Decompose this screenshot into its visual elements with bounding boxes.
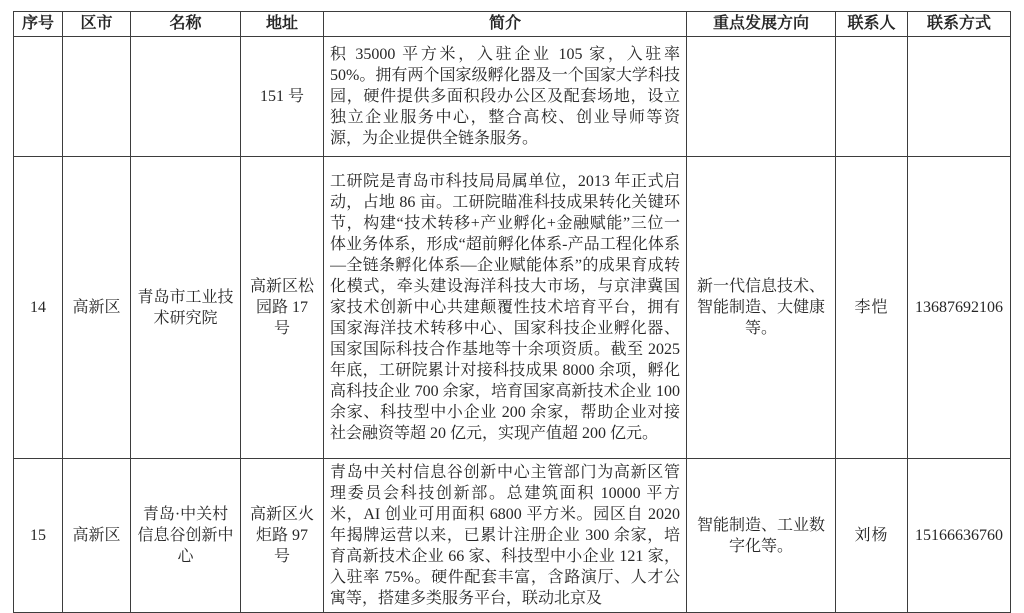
table-header-row: 序号 区市 名称 地址 简介 重点发展方向 联系人 联系方式	[14, 12, 1011, 37]
cell-name: 青岛·中关村信息谷创新中心	[131, 459, 241, 609]
cell-direction: 智能制造、工业数字化等。	[687, 459, 836, 609]
cell-intro: 积 35000 平方米，入驻企业 105 家，入驻率 50%。拥有两个国家级孵化…	[324, 37, 687, 157]
table-row-15: 15 高新区 青岛·中关村信息谷创新中心 高新区火炬路 97 号 青岛中关村信息…	[14, 459, 1011, 609]
column-header-name: 名称	[131, 12, 241, 37]
cell-district	[63, 37, 131, 157]
column-header-contact: 联系人	[836, 12, 908, 37]
intro-text: 青岛中关村信息谷创新中心主管部门为高新区管理委员会科技创新部。总建筑面积 100…	[330, 462, 680, 608]
cell-intro: 青岛中关村信息谷创新中心主管部门为高新区管理委员会科技创新部。总建筑面积 100…	[324, 459, 687, 609]
cell-contact	[836, 37, 908, 157]
cell-contact: 刘杨	[836, 459, 908, 609]
cell-name: 青岛市工业技术研究院	[131, 157, 241, 459]
table-row-continuation: 151 号 积 35000 平方米，入驻企业 105 家，入驻率 50%。拥有两…	[14, 37, 1011, 157]
cell-seq	[14, 37, 63, 157]
column-header-intro: 简介	[324, 12, 687, 37]
intro-text: 积 35000 平方米，入驻企业 105 家，入驻率 50%。拥有两个国家级孵化…	[330, 44, 680, 149]
cell-name	[131, 37, 241, 157]
incubator-table: 序号 区市 名称 地址 简介 重点发展方向 联系人 联系方式 151 号 积 3…	[13, 11, 1011, 608]
document-page: 序号 区市 名称 地址 简介 重点发展方向 联系人 联系方式 151 号 积 3…	[13, 11, 1011, 608]
cell-address: 151 号	[241, 37, 324, 157]
column-header-district: 区市	[63, 12, 131, 37]
cell-phone: 13687692106	[908, 157, 1011, 459]
intro-text: 工研院是青岛市科技局局属单位，2013 年正式启动，占地 86 亩。工研院瞄准科…	[330, 171, 680, 444]
cell-contact: 李恺	[836, 157, 908, 459]
cell-district: 高新区	[63, 459, 131, 609]
column-header-direction: 重点发展方向	[687, 12, 836, 37]
cell-district: 高新区	[63, 157, 131, 459]
column-header-address: 地址	[241, 12, 324, 37]
cell-phone: 15166636760	[908, 459, 1011, 609]
cell-direction	[687, 37, 836, 157]
cell-seq: 15	[14, 459, 63, 609]
column-header-seq: 序号	[14, 12, 63, 37]
cell-intro: 工研院是青岛市科技局局属单位，2013 年正式启动，占地 86 亩。工研院瞄准科…	[324, 157, 687, 459]
table-row-14: 14 高新区 青岛市工业技术研究院 高新区松园路 17 号 工研院是青岛市科技局…	[14, 157, 1011, 459]
column-header-phone: 联系方式	[908, 12, 1011, 37]
cell-address: 高新区松园路 17 号	[241, 157, 324, 459]
cell-direction: 新一代信息技术、智能制造、大健康等。	[687, 157, 836, 459]
cell-address: 高新区火炬路 97 号	[241, 459, 324, 609]
cell-seq: 14	[14, 157, 63, 459]
cell-phone	[908, 37, 1011, 157]
